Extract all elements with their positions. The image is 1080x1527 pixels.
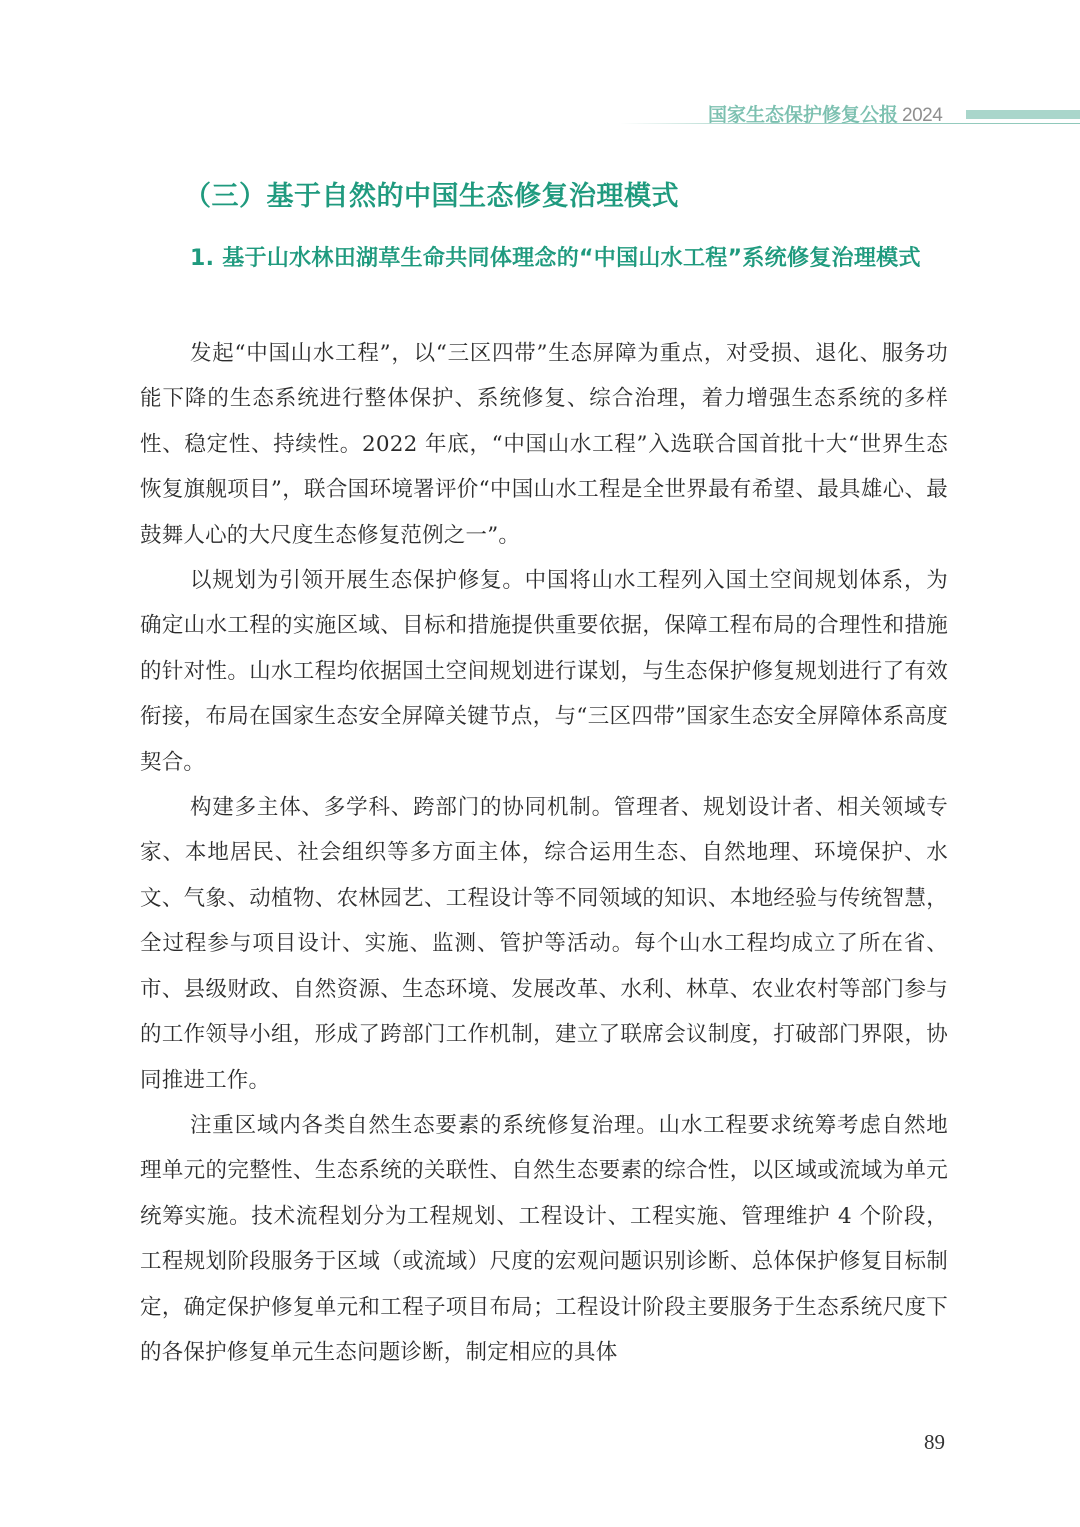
body-text: 发起“中国山水工程”，以“三区四带”生态屏障为重点，对受损、退化、服务功能下降的… (140, 331, 948, 1375)
paragraph-2: 以规划为引领开展生态保护修复。中国将山水工程列入国土空间规划体系，为确定山水工程… (140, 558, 948, 785)
header-rule-line (620, 123, 1080, 124)
section-heading: （三）基于自然的中国生态修复治理模式 (184, 174, 679, 213)
sub-heading: 1. 基于山水林田湖草生命共同体理念的“中国山水工程”系统修复治理模式 (140, 236, 948, 281)
paragraph-4: 注重区域内各类自然生态要素的系统修复治理。山水工程要求统筹考虑自然地理单元的完整… (140, 1103, 948, 1375)
paragraph-3: 构建多主体、多学科、跨部门的协同机制。管理者、规划设计者、相关领域专家、本地居民… (140, 785, 948, 1103)
page-number: 89 (924, 1430, 945, 1455)
running-header: 国家生态保护修复公报2024 (0, 96, 1080, 130)
paragraph-1: 发起“中国山水工程”，以“三区四带”生态屏障为重点，对受损、退化、服务功能下降的… (140, 331, 948, 558)
header-accent-bar (966, 110, 1080, 119)
